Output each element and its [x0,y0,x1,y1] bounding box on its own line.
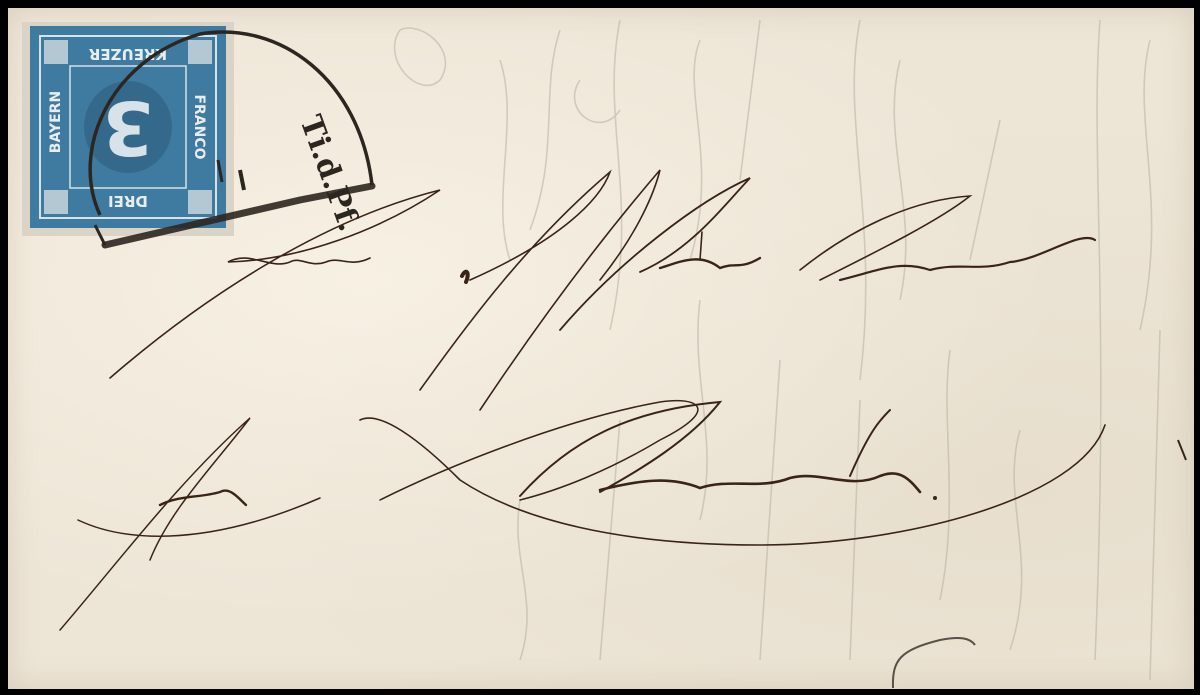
stamp-left-label: BAYERN [48,91,64,153]
svg-text:3: 3 [102,84,154,170]
cover-artwork: 3 KREUZER DREI BAYERN FRANCO Ti.d.Pf. [0,0,1200,695]
show-through-writing [395,20,1160,680]
stamp: 3 KREUZER DREI BAYERN FRANCO [22,22,234,236]
edge-mark [1178,440,1186,460]
stamp-bottom-label: DREI [108,192,148,210]
postmark-text: Ti.d.Pf. [292,111,366,236]
stamp-right-label: FRANCO [191,94,207,159]
ink-mark [893,638,975,688]
